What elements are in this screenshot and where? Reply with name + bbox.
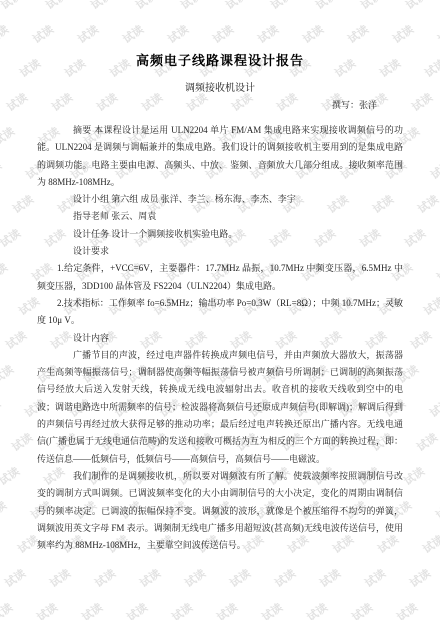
watermark-text: 试读	[1, 565, 28, 591]
watermark-text: 试读	[181, 565, 208, 591]
watermark-text: 试读	[123, 599, 150, 620]
paragraph: 设计任务 设计一个调频接收机实验电路。	[37, 226, 403, 243]
paragraph: 2.技术指标：工作频率 fo=6.5MHz；输出功率 Po=0.3W（RL=8Ω…	[37, 295, 403, 330]
document-subtitle: 调频接收机设计	[0, 83, 440, 94]
watermark-text: 试读	[91, 565, 118, 591]
watermark-text: 试读	[226, 565, 253, 591]
paragraph: 指导老师 张云、周袁	[37, 208, 403, 225]
watermark-text: 试读	[258, 599, 285, 620]
watermark-text: 试读	[46, 565, 73, 591]
watermark-text: 试读	[348, 599, 375, 620]
watermark-text: 试读	[316, 565, 343, 591]
watermark-text: 试读	[271, 565, 298, 591]
watermark-text: 试读	[213, 599, 240, 620]
document-content: 高频电子线路课程设计报告 调频接收机设计 撰写：张洋 摘要 本课程设计是运用 U…	[0, 0, 440, 554]
watermark-text: 试读	[393, 599, 420, 620]
paragraph: 设计内容	[37, 330, 403, 347]
watermark-text: 试读	[136, 565, 163, 591]
paragraph: 设计要求	[37, 243, 403, 260]
paragraph: 1.给定条件，+VCC=6V，主要器件：17.7MHz 晶振，10.7MHz 中…	[37, 260, 403, 295]
watermark-text: 试读	[78, 599, 105, 620]
paragraph: 我们制作的是调频接收机，所以要对调频波有所了解。使载波频率按照调制信号改变的调制…	[37, 468, 403, 554]
author-line: 撰写：张洋	[0, 100, 440, 111]
paragraph: 摘要 本课程设计是运用 ULN2204 单片 FM/AM 集成电路来实现接收调频…	[37, 122, 403, 191]
document-title: 高频电子线路课程设计报告	[0, 0, 440, 68]
watermark-text: 试读	[33, 599, 60, 620]
paragraph: 设计小组 第六组 成员 张洋、李兰、杨东海、李杰、李宇	[37, 191, 403, 208]
paragraph: 广播节目的声波，经过电声器件转换成声频电信号，并由声频放大器放大，振荡器产生高频…	[37, 347, 403, 468]
watermark-text: 试读	[0, 599, 16, 620]
watermark-text: 试读	[406, 565, 433, 591]
watermark-text: 试读	[168, 599, 195, 620]
document-body: 摘要 本课程设计是运用 ULN2204 单片 FM/AM 集成电路来实现接收调频…	[37, 122, 403, 554]
watermark-text: 试读	[361, 565, 388, 591]
document-page: 试读试读试读试读试读试读试读试读试读试读试读试读试读试读试读试读试读试读试读试读…	[0, 0, 440, 620]
watermark-text: 试读	[303, 599, 330, 620]
